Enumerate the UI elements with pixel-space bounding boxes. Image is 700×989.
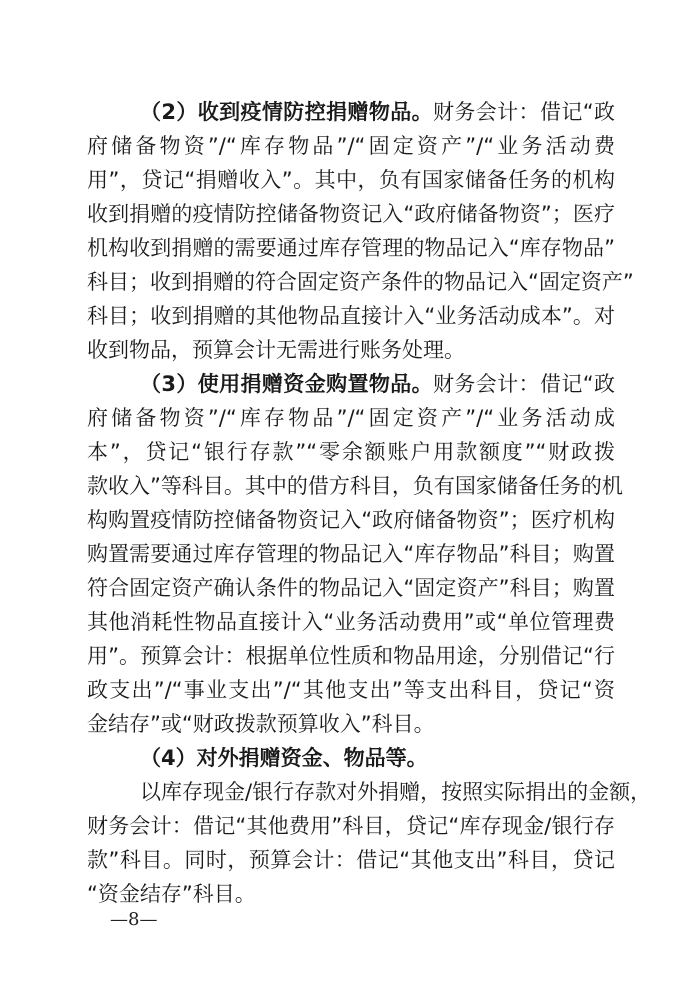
page-number: —8—	[110, 907, 157, 933]
section-3-line-6: 购置需要通过库存管理的物品记入“库存物品”科目；购置	[87, 537, 615, 571]
section-3-line-7: 符合固定资产确认条件的物品记入“固定资产”科目；购置	[87, 571, 615, 605]
section-2-line-8: 收到物品，预算会计无需进行账务处理。	[87, 333, 615, 367]
section-3-line-1: （3）使用捐赠资金购置物品。财务会计：借记“政	[140, 367, 615, 401]
section-3-line-11: 金结存”或“财政拨款预算收入”科目。	[87, 707, 615, 741]
section-3-line-10: 政支出”/“事业支出”/“其他支出”等支出科目，贷记“资	[87, 673, 615, 707]
section-3-line-8: 其他消耗性物品直接计入“业务活动费用”或“单位管理费	[87, 605, 615, 639]
section-2-line-1: （2）收到疫情防控捐赠物品。财务会计：借记“政	[140, 95, 615, 129]
section-4-line-2: 以库存现金/银行存款对外捐赠，按照实际捐出的金额，	[140, 775, 615, 809]
section-2-line-7: 科目；收到捐赠的其他物品直接计入“业务活动成本”。对	[87, 299, 615, 333]
section-4-line-5: “资金结存”科目。	[87, 877, 615, 911]
section-3-line-5: 构购置疫情防控储备物资记入“政府储备物资”；医疗机构	[87, 503, 615, 537]
section-3-line-3: 本”，贷记“银行存款”“零余额账户用款额度”“财政拨	[87, 435, 615, 469]
section-2-line-6: 科目；收到捐赠的符合固定资产条件的物品记入“固定资产”	[87, 265, 615, 299]
section-3-line-2: 府储备物资”/“库存物品”/“固定资产”/“业务活动成	[87, 401, 615, 435]
section-2-line-5: 机构收到捐赠的需要通过库存管理的物品记入“库存物品”	[87, 231, 615, 265]
section-2-line-2: 府储备物资”/“库存物品”/“固定资产”/“业务活动费	[87, 129, 615, 163]
section-4-line-3: 财务会计：借记“其他费用”科目，贷记“库存现金/银行存	[87, 809, 615, 843]
section-4-heading: （4）对外捐赠资金、物品等。	[140, 746, 428, 770]
section-3-line-4: 款收入”等科目。其中的借方科目，负有国家储备任务的机	[87, 469, 615, 503]
section-4-line-4: 款”科目。同时，预算会计：借记“其他支出”科目，贷记	[87, 843, 615, 877]
section-3-line-9: 用”。预算会计：根据单位性质和物品用途，分别借记“行	[87, 639, 615, 673]
section-2-line-4: 收到捐赠的疫情防控储备物资记入“政府储备物资”；医疗	[87, 197, 615, 231]
document-page: （2）收到疫情防控捐赠物品。财务会计：借记“政 府储备物资”/“库存物品”/“固…	[0, 0, 700, 989]
section-4-line-1: （4）对外捐赠资金、物品等。	[140, 741, 615, 775]
section-2-heading: （2）收到疫情防控捐赠物品。	[140, 100, 433, 124]
section-3-heading: （3）使用捐赠资金购置物品。	[140, 372, 433, 396]
section-2-line-3: 用”，贷记“捐赠收入”。其中，负有国家储备任务的机构	[87, 163, 615, 197]
